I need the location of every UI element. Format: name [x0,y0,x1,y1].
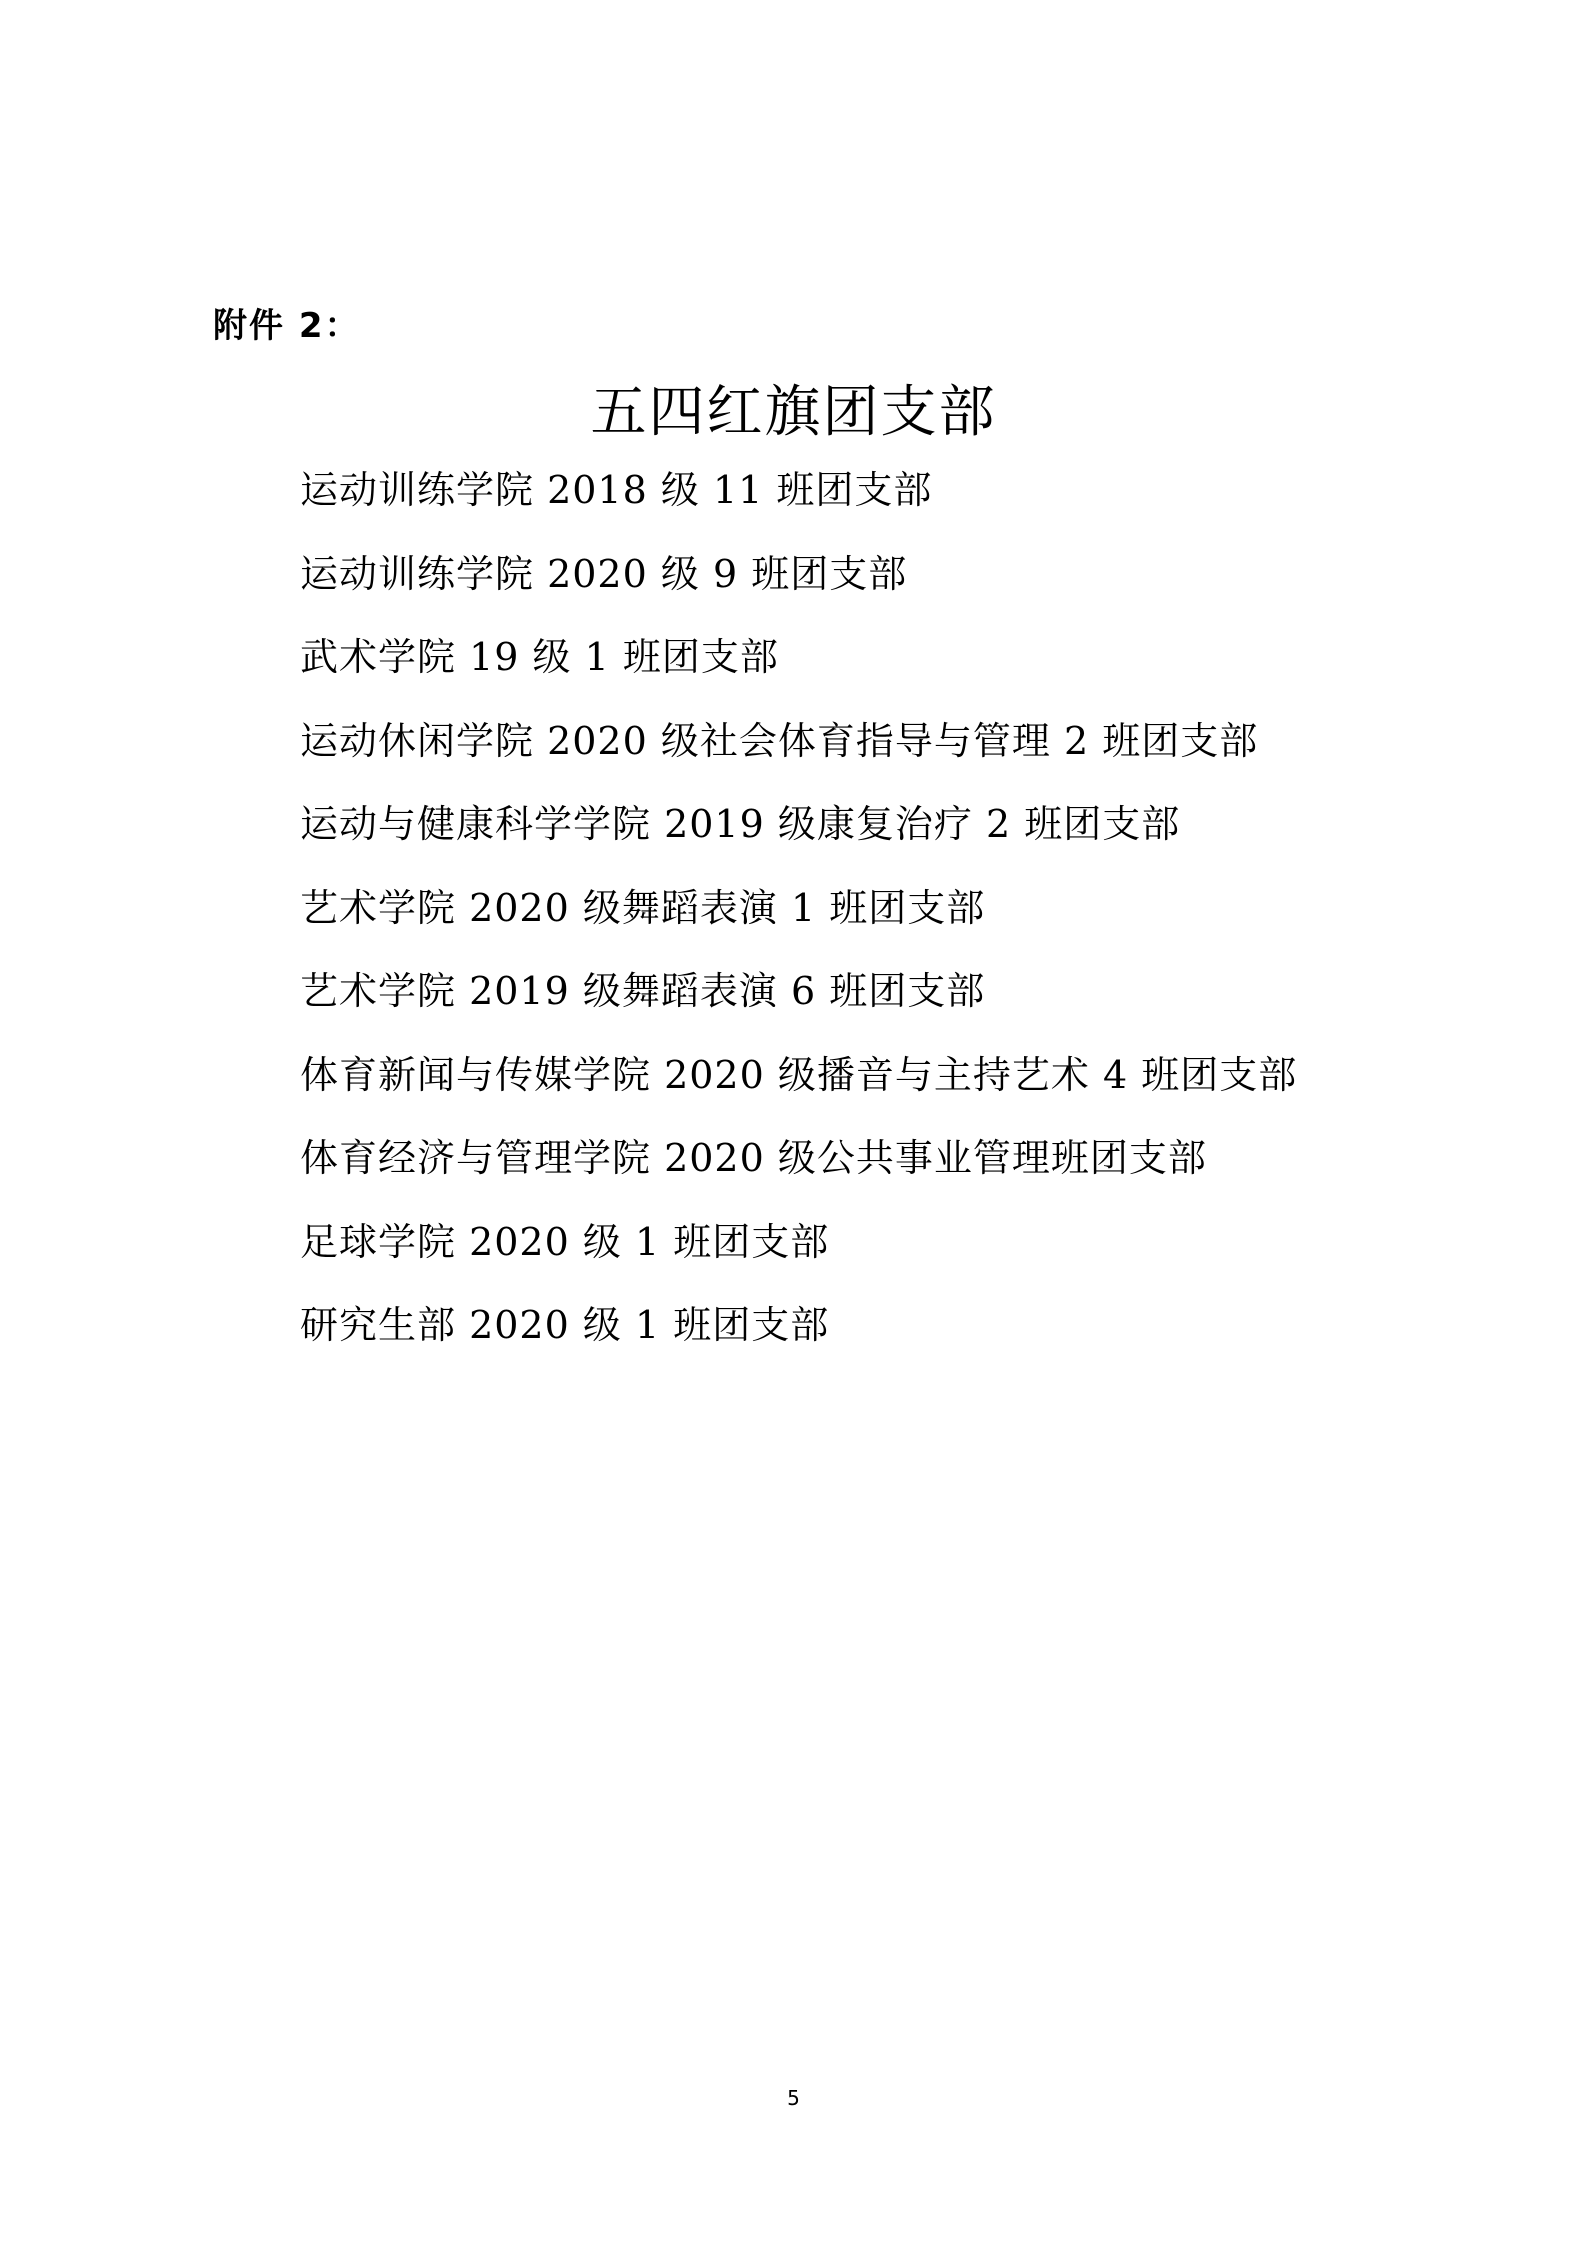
list-item: 体育新闻与传媒学院 2020 级播音与主持艺术 4 班团支部 [300,1047,1297,1131]
document-title: 五四红旗团支部 [0,368,1587,448]
list-item: 运动与健康科学学院 2019 级康复治疗 2 班团支部 [300,796,1297,880]
page-number: 5 [0,2086,1587,2110]
list-item: 足球学院 2020 级 1 班团支部 [300,1214,1297,1298]
list-item: 运动休闲学院 2020 级社会体育指导与管理 2 班团支部 [300,713,1297,797]
list-item: 研究生部 2020 级 1 班团支部 [300,1297,1297,1381]
list-item: 武术学院 19 级 1 班团支部 [300,629,1297,713]
list-item: 艺术学院 2019 级舞蹈表演 6 班团支部 [300,963,1297,1047]
attachment-label: 附件 2： [213,298,361,347]
branch-list: 运动训练学院 2018 级 11 班团支部 运动训练学院 2020 级 9 班团… [300,462,1297,1381]
list-item: 运动训练学院 2018 级 11 班团支部 [300,462,1297,546]
list-item: 艺术学院 2020 级舞蹈表演 1 班团支部 [300,880,1297,964]
list-item: 体育经济与管理学院 2020 级公共事业管理班团支部 [300,1130,1297,1214]
list-item: 运动训练学院 2020 级 9 班团支部 [300,546,1297,630]
